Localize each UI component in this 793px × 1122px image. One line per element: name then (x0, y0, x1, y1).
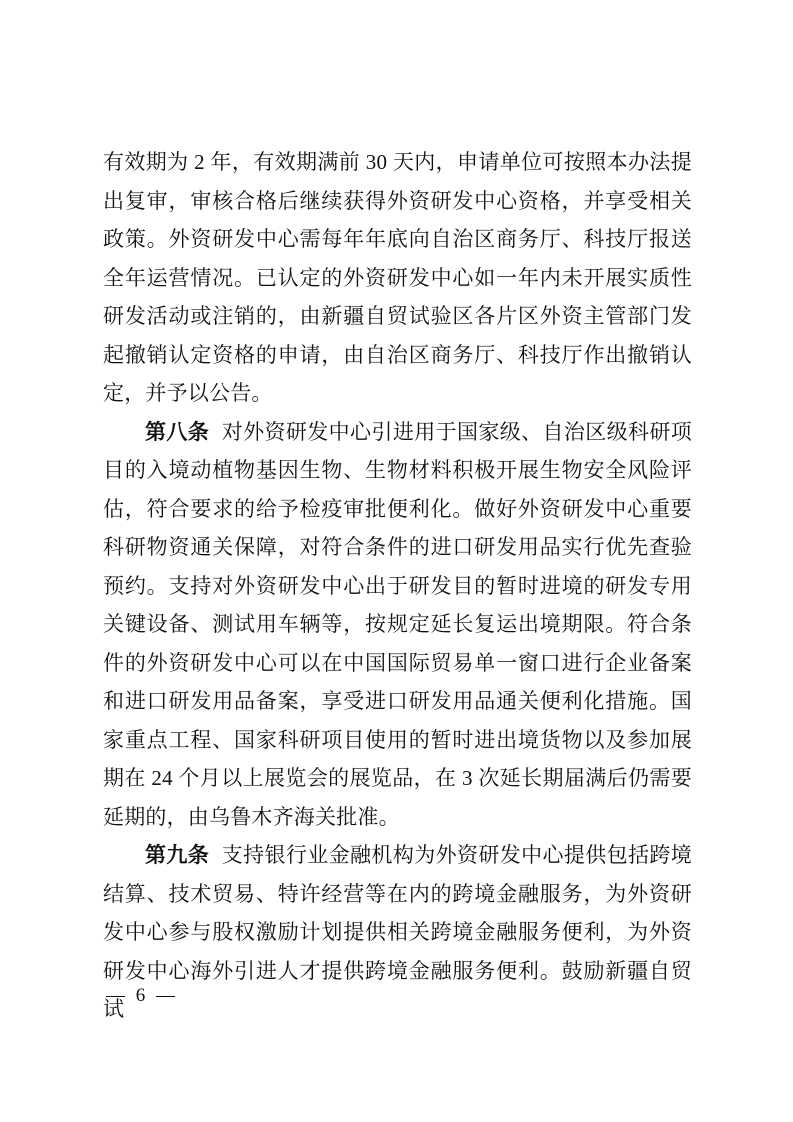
paragraph-article-8: 第八条对外资研发中心引进用于国家级、自治区级科研项目的入境动植物基因生物、生物材… (103, 413, 692, 837)
document-body: 有效期为 2 年，有效期满前 30 天内，申请单位可按照本办法提出复审，审核合格… (103, 143, 692, 1029)
article-8-label: 第八条 (145, 420, 209, 444)
paragraph-continuation: 有效期为 2 年，有效期满前 30 天内，申请单位可按照本办法提出复审，审核合格… (103, 143, 692, 413)
paragraph-text: 有效期为 2 年，有效期满前 30 天内，申请单位可按照本办法提出复审，审核合格… (103, 150, 692, 405)
paragraph-article-9: 第九条支持银行业金融机构为外资研发中心提供包括跨境结算、技术贸易、特许经营等在内… (103, 836, 692, 1029)
document-page: 有效期为 2 年，有效期满前 30 天内，申请单位可按照本办法提出复审，审核合格… (0, 0, 793, 1122)
paragraph-text: 支持银行业金融机构为外资研发中心提供包括跨境结算、技术贸易、特许经营等在内的跨境… (103, 843, 692, 1021)
article-9-label: 第九条 (145, 843, 209, 867)
paragraph-text: 对外资研发中心引进用于国家级、自治区级科研项目的入境动植物基因生物、生物材料积极… (103, 420, 692, 829)
page-number: — 6 — (106, 984, 178, 1008)
